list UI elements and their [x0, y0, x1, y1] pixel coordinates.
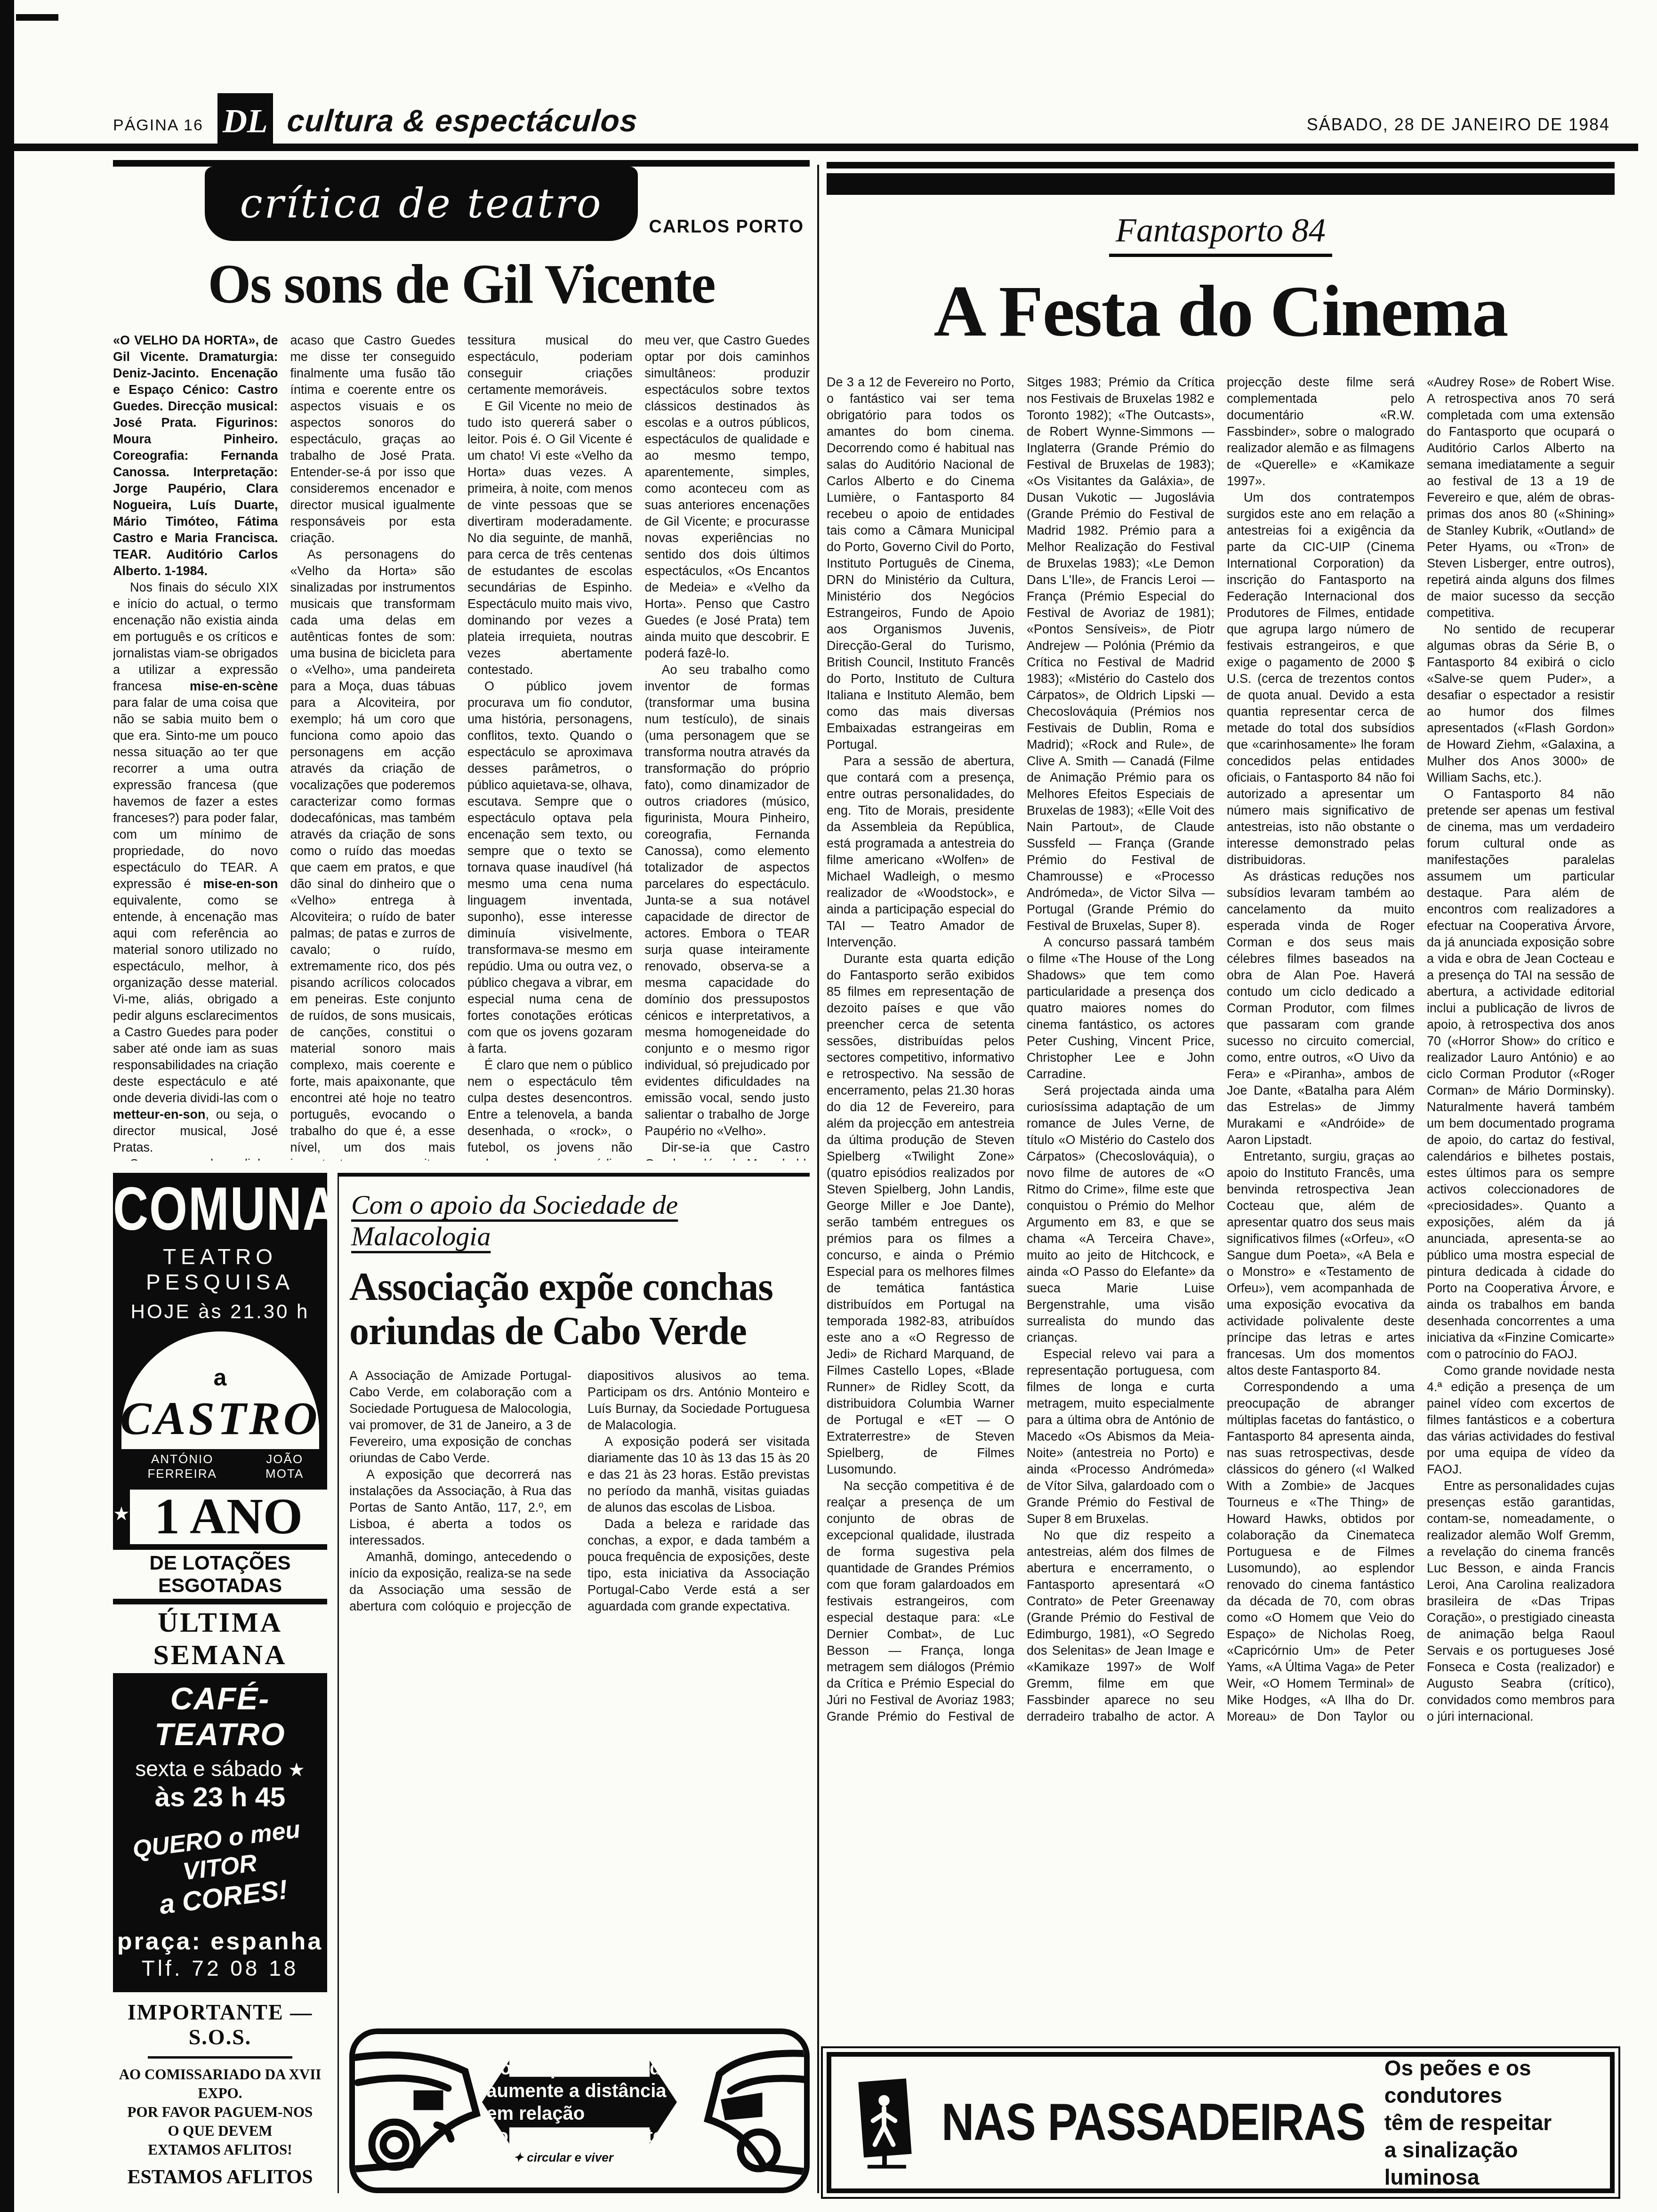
comuna-sos-notice: IMPORTANTE — S.O.S. AO COMISSARIADO DA X… — [113, 1992, 327, 2193]
road-safety-ad: Com o piso molhado aumente a distância e… — [349, 2028, 810, 2193]
car-front-icon — [355, 2040, 482, 2181]
road-safety-line1: Com o piso molhado — [486, 2057, 673, 2080]
circular-e-viver-logo: ✦ circular e viver — [513, 2150, 613, 2165]
pedestrian-signal-icon — [845, 2064, 923, 2181]
comuna-lotacoes-banner: DE LOTAÇÕES ESGOTADAS — [113, 1550, 327, 1599]
conchas-article-body: A Associação de Amizade Portugal-Cabo Ve… — [349, 1368, 810, 1725]
section-title: cultura & espectáculos — [286, 103, 639, 141]
article-paragraph: As drásticas reduções nos subsídios leva… — [1227, 868, 1415, 1148]
festa-top-rule-thick — [827, 173, 1615, 195]
article-paragraph: Entretanto, surgiu, graças ao apoio do I… — [1227, 1148, 1415, 1379]
comuna-title: COMUNA — [113, 1174, 327, 1244]
article-paragraph: Entre as personalidades cujas presenças … — [1427, 1478, 1615, 1725]
comuna-theatre-ad: COMUNA TEATRO PESQUISA HOJE às 21.30 h a… — [113, 1173, 327, 2193]
newspaper-logo-icon: DL — [217, 93, 273, 149]
article-paragraph: Como grande novidade nesta 4.ª edição a … — [1427, 1362, 1615, 1478]
article-paragraph: O público jovem procurava um fio conduto… — [467, 678, 633, 1057]
article-paragraph: A exposição poderá ser visitada diariame… — [587, 1434, 810, 1516]
comuna-cafe-hour: às 23 h 45 — [113, 1781, 327, 1813]
teatro-kicker-row: crítica de teatro CARLOS PORTO — [113, 160, 810, 241]
left-column-region: crítica de teatro CARLOS PORTO Os sons d… — [113, 160, 810, 2193]
comuna-ultima-banner: ÚLTIMA SEMANA — [113, 1604, 327, 1673]
road-safety-line2: aumente a distância — [486, 2080, 673, 2102]
distance-arrow-graphic: Com o piso molhado aumente a distância e… — [482, 2057, 677, 2148]
festa-article-body: De 3 a 12 de Fevereiro no Porto, o fantá… — [827, 374, 1615, 1993]
crosswalk-line2: têm de respeitar — [1384, 2109, 1596, 2136]
article-paragraph: A exposição que decorrerá nas instalaçõe… — [349, 1467, 571, 1549]
comuna-play-title: CASTRO — [120, 1391, 320, 1445]
teatro-byline: CARLOS PORTO — [649, 217, 804, 237]
article-paragraph: No sentido de recuperar algumas obras da… — [1427, 621, 1615, 786]
comuna-1ano-banner: 1 ANO — [130, 1490, 327, 1544]
article-paragraph: E Gil Vicente no meio de tudo isto quere… — [467, 398, 633, 678]
article-paragraph: Nos finais do século XIX e início do act… — [113, 579, 278, 1156]
page-number: PÁGINA 16 — [113, 116, 203, 141]
crosswalk-line3: a sinalização luminosa — [1384, 2136, 1596, 2191]
scan-edge-bar — [0, 0, 14, 2212]
comuna-cafe-days-text: sexta e sábado — [135, 1756, 282, 1781]
article-paragraph: O Fantasporto 84 não pretende ser apenas… — [1427, 786, 1615, 1362]
road-safety-line3: em relação — [486, 2102, 673, 2125]
car-rear-icon — [677, 2040, 804, 2181]
bottom-left-row: COMUNA TEATRO PESQUISA HOJE às 21.30 h a… — [113, 1173, 810, 2193]
page-body: crítica de teatro CARLOS PORTO Os sons d… — [113, 160, 1615, 2193]
right-column-region: Fantasporto 84 A Festa do Cinema De 3 a … — [827, 160, 1615, 2193]
header-rule — [0, 144, 1638, 151]
festa-kicker: Fantasporto 84 — [1109, 211, 1332, 257]
comuna-credit-author: ANTÓNIO FERREIRA — [118, 1452, 247, 1481]
star-icon: ★ — [288, 1760, 305, 1780]
comuna-phone: Tlf. 72 08 18 — [113, 1956, 327, 1981]
conchas-headline: Associação expõe conchas oriundas de Cab… — [349, 1265, 810, 1354]
comuna-arch-graphic: a CASTRO — [121, 1331, 319, 1449]
comuna-cafe-days: sexta e sábado ★ — [113, 1756, 327, 1781]
page-header: PÁGINA 16 DL cultura & espectáculos SÁBA… — [113, 82, 1610, 141]
festa-headline: A Festa do Cinema — [827, 269, 1615, 353]
comuna-sos-line3: O QUE DEVEM — [117, 2122, 323, 2140]
comuna-sos-footer: ESTAMOS AFLITOS — [117, 2166, 323, 2188]
article-paragraph: A concurso passará também o filme «The H… — [1027, 934, 1215, 1082]
column-divider — [817, 165, 819, 2193]
road-safety-center: Com o piso molhado aumente a distância e… — [482, 2057, 677, 2165]
article-paragraph: Será projectada ainda uma curiosíssima a… — [1027, 1082, 1215, 1346]
article-paragraph: Especial relevo vai para a representação… — [1027, 1346, 1215, 1527]
comuna-show-title: QUERO o meu VITOR a CORES! — [113, 1812, 327, 1926]
road-safety-message: Com o piso molhado aumente a distância e… — [486, 2057, 673, 2148]
circular-e-viver-label: circular e viver — [527, 2150, 613, 2164]
festa-top-rule-thin — [827, 162, 1615, 168]
article-paragraph: Dada a beleza e raridade das conchas, a … — [587, 1516, 810, 1615]
comuna-play-article: a — [214, 1364, 227, 1391]
article-paragraph: Um dos contratempos surgidos este ano em… — [1227, 489, 1415, 868]
article-paragraph: Para a sessão de abertura, que contará c… — [827, 753, 1014, 951]
article-paragraph: As personagens do «Velho da Horta» são s… — [290, 546, 456, 1161]
comuna-sos-title: IMPORTANTE — S.O.S. — [117, 2000, 323, 2050]
crosswalk-safety-banner: NAS PASSADEIRAS Os peões e os condutores… — [827, 2052, 1615, 2193]
scan-corner-mark — [16, 14, 58, 21]
crosswalk-banner-title: NAS PASSADEIRAS — [941, 2093, 1366, 2153]
comuna-credits: ANTÓNIO FERREIRA JOÃO MOTA — [113, 1449, 327, 1484]
article-paragraph: «O VELHO DA HORTA», de Gil Vicente. Dram… — [113, 332, 278, 579]
article-paragraph: De 3 a 12 de Fevereiro no Porto, o fantá… — [827, 374, 1014, 753]
comuna-subtitle: TEATRO PESQUISA — [113, 1244, 327, 1295]
conchas-kicker: Com o apoio da Sociedade de Malacologia — [351, 1189, 810, 1252]
article-paragraph: Ao seu trabalho como inventor de formas … — [645, 662, 810, 1139]
conchas-section: Com o apoio da Sociedade de Malacologia … — [338, 1173, 810, 2193]
comuna-credit-director: JOÃO MOTA — [247, 1452, 322, 1481]
article-paragraph: Durante esta quarta edição do Fantasport… — [827, 951, 1014, 1478]
edition-date: SÁBADO, 28 DE JANEIRO DE 1984 — [1307, 115, 1610, 141]
teatro-article-body: «O VELHO DA HORTA», de Gil Vicente. Dram… — [113, 332, 810, 1161]
comuna-session-time: HOJE às 21.30 h — [113, 1300, 327, 1323]
star-icon: ★ — [113, 1503, 130, 1525]
comuna-sos-line4: EXTAMOS AFLITOS! — [117, 2140, 323, 2159]
road-safety-line4: ao veículo da frente. — [486, 2125, 673, 2148]
newspaper-page: PÁGINA 16 DL cultura & espectáculos SÁBA… — [0, 0, 1657, 2212]
comuna-sos-line2: POR FAVOR PAGUEM-NOS — [117, 2103, 323, 2122]
comuna-cafe-teatro: CAFÉ-TEATRO — [113, 1681, 327, 1752]
teatro-headline: Os sons de Gil Vicente — [113, 252, 810, 316]
sos-divider — [148, 2056, 292, 2059]
crosswalk-banner-text: Os peões e os condutores têm de respeita… — [1384, 2054, 1596, 2191]
teatro-kicker-banner: crítica de teatro — [205, 167, 638, 241]
crosswalk-line1: Os peões e os condutores — [1384, 2054, 1596, 2109]
comuna-1ano-row: ★ 1 ANO — [113, 1484, 327, 1544]
comuna-sos-line1: AO COMISSARIADO DA XVII EXPO. — [117, 2065, 323, 2103]
article-paragraph: A Associação de Amizade Portugal-Cabo Ve… — [349, 1368, 571, 1467]
comuna-address: praça: espanha — [113, 1927, 327, 1956]
